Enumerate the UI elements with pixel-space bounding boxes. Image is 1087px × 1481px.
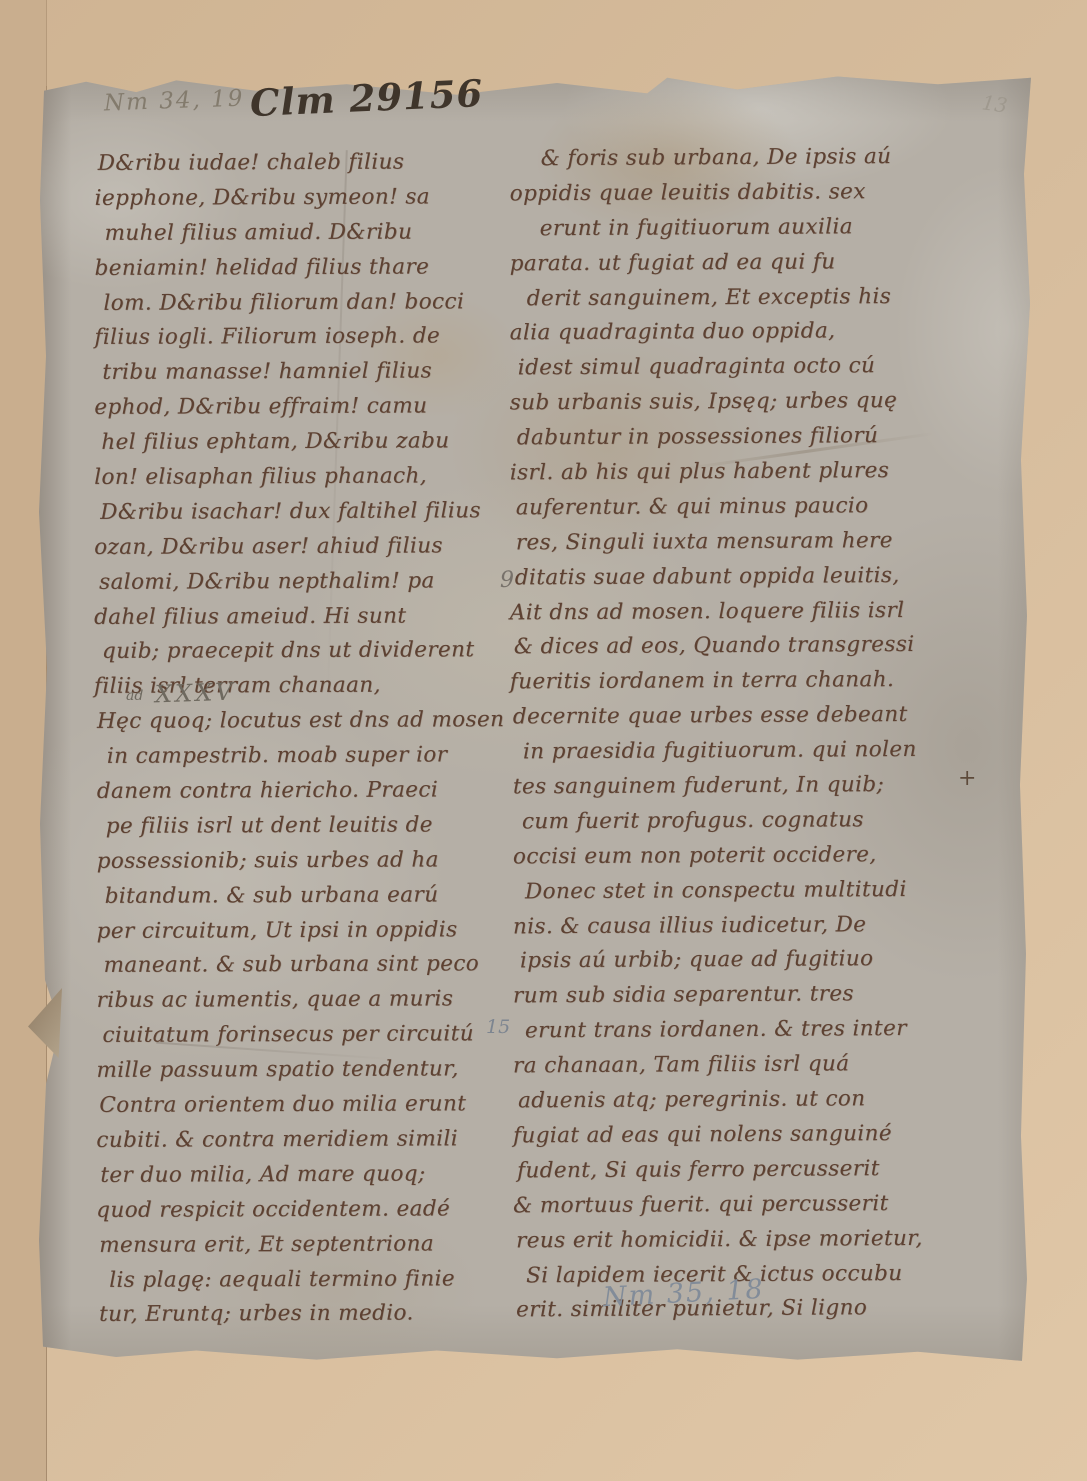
text-line: D&ribu iudae! chaleb filius — [92, 145, 504, 182]
text-line: aduenis atq; peregrinis. ut con — [516, 1082, 971, 1120]
text-line: ditatis suae dabunt oppida leuitis, — [513, 558, 968, 596]
text-line: ra chanaan, Tam filiis isrl quá — [513, 1047, 968, 1085]
text-line: mille passuum spatio tendentur, — [96, 1052, 508, 1089]
text-line: ozan, D&ribu aser! ahiud filius — [94, 529, 506, 566]
text-line: cum fuerit profugus. cognatus — [516, 803, 971, 841]
text-line: lon! elisaphan filius phanach, — [94, 459, 506, 496]
text-line: derit sanguinem, Et exceptis his — [513, 279, 968, 317]
text-line: Contra orientem duo milia erunt — [99, 1087, 511, 1124]
text-line: ipsis aú urbib; quae ad fugitiuo — [516, 942, 971, 980]
text-line: possessionib; suis urbes ad ha — [97, 843, 509, 880]
text-line: occisi eum non poterit occidere, — [513, 837, 968, 875]
text-line: maneant. & sub urbana sint peco — [100, 948, 512, 985]
text-line: alia quadraginta duo oppida, — [510, 314, 965, 352]
text-line: rum sub sidia separentur. tres — [513, 977, 968, 1015]
text-line: ephod, D&ribu effraim! camu — [94, 389, 506, 426]
ink-plus-mark: + — [958, 766, 976, 791]
text-line: oppidis quae leuitis dabitis. sex — [510, 175, 965, 213]
text-line: mensura erit, Et septentriona — [99, 1227, 511, 1264]
pencil-chapter-mark-small: ad — [126, 688, 143, 704]
pencil-margin-fifteen: 15 — [486, 1016, 510, 1038]
text-line: Donec stet in conspectu multitudi — [516, 872, 971, 910]
text-line: & dices ad eos, Quando transgressi — [513, 628, 968, 666]
text-line: muhel filius amiud. D&ribu — [98, 215, 510, 252]
text-line: decernite quae urbes esse debeant — [513, 698, 968, 736]
text-line: reus erit homicidii. & ipse morietur, — [516, 1221, 971, 1259]
text-line: cubiti. & contra meridiem simili — [96, 1122, 508, 1159]
text-line: in campestrib. moab super ior — [100, 738, 512, 775]
mount-board-seam — [46, 0, 47, 86]
text-line: per circuitum, Ut ipsi in oppidis — [97, 913, 509, 950]
text-line: bitandum. & sub urbana earú — [100, 878, 512, 915]
manuscript-photo: { "page": { "shelfmark": "Clm 29156", "a… — [0, 0, 1087, 1481]
text-line: danem contra hiericho. Praeci — [97, 773, 509, 810]
text-line: & foris sub urbana, De ipsis aú — [507, 140, 962, 178]
text-line: quod respicit occidentem. eadé — [96, 1192, 508, 1229]
text-line: auferentur. & qui minus paucio — [513, 489, 968, 527]
text-line: & mortuus fuerit. qui percusserit — [513, 1186, 968, 1224]
text-line: erunt trans iordanen. & tres inter — [516, 1012, 971, 1050]
pencil-chapter-mark: XXXV — [155, 678, 237, 709]
text-line: iepphone, D&ribu symeon! sa — [95, 180, 507, 217]
text-column-right: & foris sub urbana, De ipsis aúoppidis q… — [509, 140, 971, 1329]
text-line: quib; praecepit dns ut dividerent — [97, 634, 509, 671]
text-line: idest simul quadraginta octo cú — [513, 349, 968, 387]
text-line: Ait dns ad mosen. loquere filiis isrl — [510, 593, 965, 631]
text-line: hel filius ephtam, D&ribu zabu — [97, 424, 509, 461]
text-line: lom. D&ribu filiorum dan! bocci — [97, 285, 509, 322]
text-line: sub urbanis suis, Ipsęq; urbes quę — [510, 384, 965, 422]
text-line: ribus ac iumentis, quae a muris — [96, 982, 508, 1019]
text-line: tur, Eruntq; urbes in medio. — [99, 1296, 511, 1333]
text-line: fudent, Si quis ferro percusserit — [516, 1151, 971, 1189]
text-line: erunt in fugitiuorum auxilia — [513, 209, 968, 247]
text-line: res, Singuli iuxta mensuram here — [510, 523, 965, 561]
text-line: beniamin! helidad filius thare — [94, 250, 506, 287]
text-line: filius iogli. Filiorum ioseph. de — [94, 320, 506, 357]
text-line: Hęc quoq; locutus est dns ad mosen — [97, 703, 509, 740]
pencil-annotation-top-left: Nm 34, 19 — [104, 86, 245, 117]
text-line: dahel filius ameiud. Hi sunt — [94, 599, 506, 636]
faint-folio-mark: 13 — [980, 90, 1009, 117]
text-line: ciuitatum forinsecus per circuitú — [99, 1017, 511, 1054]
margin-mark-nine: 9 — [500, 568, 514, 593]
text-line: salomi, D&ribu nepthalim! pa — [97, 564, 509, 601]
text-line: in praesidia fugitiuorum. qui nolen — [516, 733, 971, 771]
text-line: tribu manasse! hamniel filius — [97, 354, 509, 391]
text-line: D&ribu isachar! dux faltihel filius — [97, 494, 509, 531]
text-line: isrl. ab his qui plus habent plures — [510, 454, 965, 492]
text-line: fueritis iordanem in terra chanah. — [510, 663, 965, 701]
text-line: lis plagę: aequali termino finie — [102, 1262, 514, 1299]
text-line: nis. & causa illius iudicetur, De — [513, 907, 968, 945]
text-column-left: D&ribu iudae! chaleb filiusiepphone, D&r… — [94, 145, 511, 1333]
text-line: ter duo milia, Ad mare quoq; — [99, 1157, 511, 1194]
text-line: pe filiis isrl ut dent leuitis de — [100, 808, 512, 845]
text-line: tes sanguinem fuderunt, In quib; — [513, 768, 968, 806]
text-line: dabuntur in possessiones filiorú — [513, 419, 968, 457]
text-line: fugiat ad eas qui nolens sanguiné — [513, 1117, 968, 1155]
text-line: parata. ut fugiat ad ea qui fu — [510, 244, 965, 282]
